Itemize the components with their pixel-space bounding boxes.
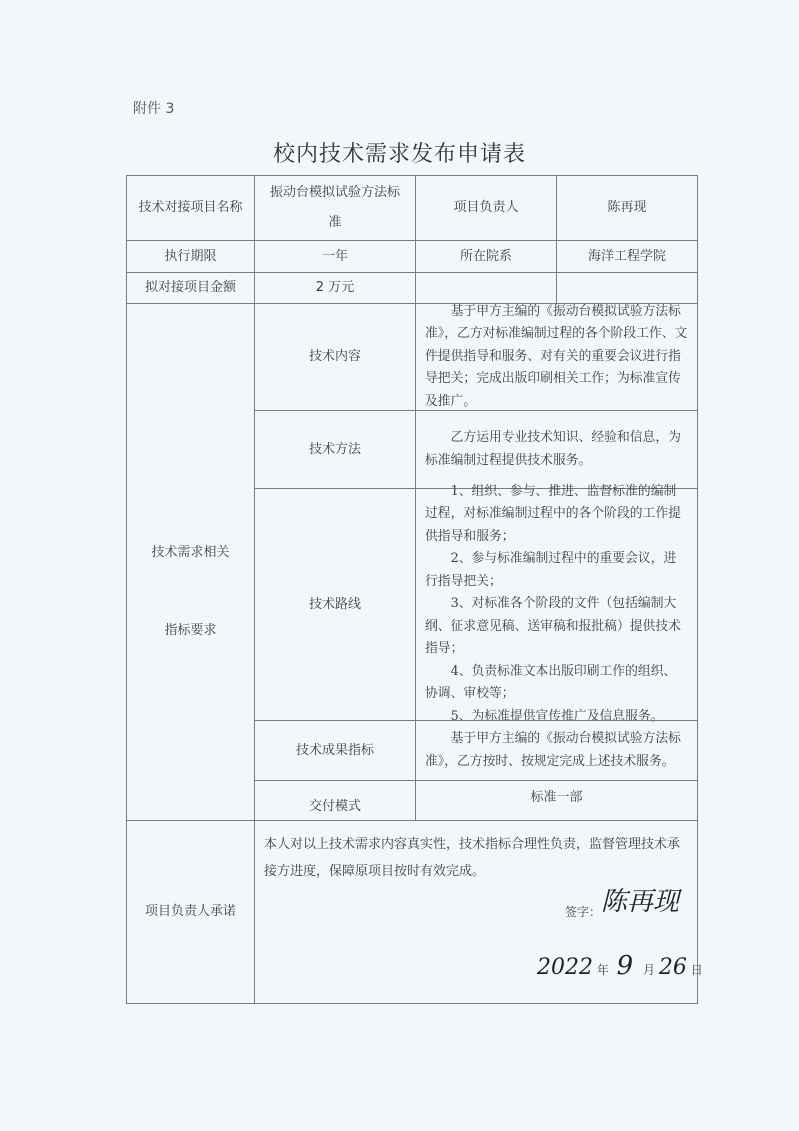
commitment-cell: 本人对以上技术需求内容真实性，技术指标合理性负责，监督管理技术承接方进度，保障原…	[254, 820, 698, 1004]
date-month: 9	[617, 951, 634, 981]
group-label-line2: 指标要求	[164, 617, 216, 645]
route-item: 2、参与标准编制过程中的重要会议，进行指导把关；	[425, 548, 689, 593]
date-day-unit: 日	[691, 963, 703, 977]
signature: 陈再现	[601, 891, 679, 913]
period-label: 执行期限	[126, 240, 255, 273]
date-year: 2022	[537, 955, 593, 980]
result-text: 基于甲方主编的《振动台模拟试验方法标准》，乙方按时、按规定完成上述技术服务。	[425, 728, 689, 773]
page-title: 校内技术需求发布申请表	[0, 137, 799, 168]
leader-value: 陈再现	[556, 175, 698, 241]
route-items-cell: 1、组织、参与、推进、监督标准的编制过程，对标准编制过程中的各个阶段的工作提供指…	[415, 488, 698, 721]
date-day: 26	[659, 955, 687, 980]
group-label-line1: 技术需求相关	[151, 539, 229, 567]
method-text: 乙方运用专业技术知识、经验和信息，为标准编制过程提供技术服务。	[425, 427, 689, 472]
dept-value: 海洋工程学院	[556, 240, 698, 273]
route-item: 3、对标准各个阶段的文件（包括编制大纲、征求意见稿、送审稿和报批稿）提供技术指导…	[425, 593, 689, 661]
route-item: 1、组织、参与、推进、监督标准的编制过程，对标准编制过程中的各个阶段的工作提供指…	[425, 481, 689, 549]
project-name-label: 技术对接项目名称	[126, 175, 255, 241]
content-text-cell: 基于甲方主编的《振动台模拟试验方法标准》，乙方对标准编制过程的各个阶段工作、文件…	[415, 303, 698, 411]
commitment-label: 项目负责人承诺	[126, 820, 255, 1004]
period-value: 一年	[254, 240, 416, 273]
amount-label: 拟对接项目金额	[126, 272, 255, 304]
method-text-cell: 乙方运用专业技术知识、经验和信息，为标准编制过程提供技术服务。	[415, 410, 698, 489]
content-text: 基于甲方主编的《振动台模拟试验方法标准》，乙方对标准编制过程的各个阶段工作、文件…	[425, 301, 689, 414]
leader-label: 项目负责人	[415, 175, 557, 241]
sign-label: 签字：	[565, 901, 601, 923]
result-text-cell: 基于甲方主编的《振动台模拟试验方法标准》，乙方按时、按规定完成上述技术服务。	[415, 720, 698, 781]
dept-label: 所在院系	[415, 240, 557, 273]
signature-date: 2022 年 9 月 26 日	[537, 955, 703, 981]
attachment-label: 附件 3	[133, 98, 174, 118]
method-label: 技术方法	[254, 410, 416, 489]
project-name-line1: 振动台模拟试验方法标	[270, 178, 400, 208]
amount-extra-2	[556, 272, 698, 304]
date-year-unit: 年	[597, 963, 609, 977]
project-name-value: 振动台模拟试验方法标 准	[254, 175, 416, 241]
delivery-value: 标准一部	[415, 780, 698, 821]
content-label: 技术内容	[254, 303, 416, 411]
requirements-group-label: 技术需求相关 指标要求	[126, 303, 255, 821]
route-label: 技术路线	[254, 488, 416, 721]
commitment-text: 本人对以上技术需求内容真实性，技术指标合理性负责，监督管理技术承接方进度，保障原…	[255, 821, 697, 885]
route-item: 4、负责标准文本出版印刷工作的组织、协调、审校等；	[425, 661, 689, 706]
result-label: 技术成果指标	[254, 720, 416, 781]
delivery-label: 交付模式	[254, 780, 416, 821]
project-name-line2: 准	[328, 208, 341, 238]
date-month-unit: 月	[643, 963, 655, 977]
amount-extra-1	[415, 272, 557, 304]
amount-value: 2 万元	[254, 272, 416, 304]
